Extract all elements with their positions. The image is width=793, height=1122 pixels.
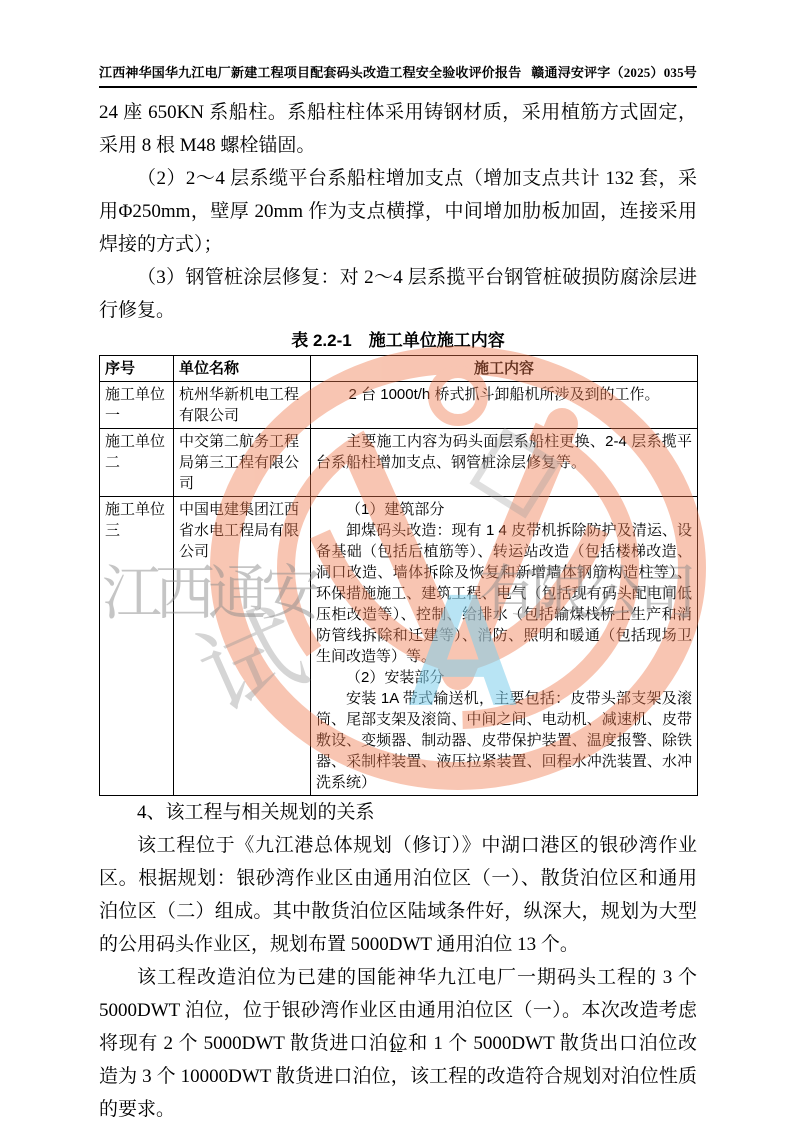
table-row: 施工单位二 中交第二航务工程局第三工程有限公司 主要施工内容为码头面层系船柱更换…	[100, 429, 698, 497]
section-heading-planning: 4、该工程与相关规划的关系	[99, 796, 697, 829]
content-3-install-heading: （2）安装部分	[316, 667, 692, 688]
table-caption: 表 2.2-1 施工单位施工内容	[99, 328, 697, 354]
cell-name-2: 中交第二航务工程局第三工程有限公司	[174, 429, 311, 497]
table-row: 施工单位三 中国电建集团江西省水电工程局有限公司 （1）建筑部分 卸煤码头改造：…	[100, 497, 698, 796]
paragraph-anchor-bolts: 24 座 650KN 系船柱。系船柱柱体采用铸钢材质，采用植筋方式固定，采用 8…	[99, 96, 697, 162]
document-page: 江西神华国华九江电厂新建工程项目配套码头改造工程安全验收评价报告 赣通浔安评字（…	[0, 0, 793, 1122]
construction-units-table: 序号 单位名称 施工内容 施工单位一 杭州华新机电工程有限公司 2 台 1000…	[99, 355, 698, 796]
col-header-seq: 序号	[100, 356, 174, 382]
cell-seq-3: 施工单位三	[100, 497, 174, 796]
page-header: 江西神华国华九江电厂新建工程项目配套码头改造工程安全验收评价报告 赣通浔安评字（…	[99, 62, 697, 88]
cell-content-3: （1）建筑部分 卸煤码头改造：现有 1 4 皮带机拆除防护及清运、设备基础（包括…	[311, 497, 698, 796]
header-report-title: 江西神华国华九江电厂新建工程项目配套码头改造工程安全验收评价报告	[99, 62, 521, 81]
cell-seq-2: 施工单位二	[100, 429, 174, 497]
content-2-text: 主要施工内容为码头面层系船柱更换、2-4 层系揽平台系船柱增加支点、钢管桩涂层修…	[316, 431, 692, 473]
header-document-number: 赣通浔安评字（2025）035号	[531, 62, 697, 81]
content-3-building-heading: （1）建筑部分	[316, 499, 692, 520]
cell-content-1: 2 台 1000t/h 桥式抓斗卸船机所涉及到的工作。	[311, 382, 698, 429]
table-row: 施工单位一 杭州华新机电工程有限公司 2 台 1000t/h 桥式抓斗卸船机所涉…	[100, 382, 698, 429]
content-3-install-detail: 安装 1A 带式输送机，主要包括：皮带头部支架及滚筒、尾部支架及滚筒、中间之间、…	[316, 688, 692, 793]
cell-name-3: 中国电建集团江西省水电工程局有限公司	[174, 497, 311, 796]
content-3-building-detail: 卸煤码头改造：现有 1 4 皮带机拆除防护及清运、设备基础（包括后植筋等）、转运…	[316, 520, 692, 667]
page-number: 22	[0, 1040, 793, 1056]
cell-name-1: 杭州华新机电工程有限公司	[174, 382, 311, 429]
col-header-content: 施工内容	[311, 356, 698, 382]
paragraph-coating-repair: （3）钢管桩涂层修复：对 2～4 层系揽平台钢管桩破损防腐涂层进行修复。	[99, 261, 697, 327]
table-header-row: 序号 单位名称 施工内容	[100, 356, 698, 382]
paragraph-support-points: （2）2～4 层系缆平台系船柱增加支点（增加支点共计 132 套，采用Φ250m…	[99, 162, 697, 261]
page-body: 24 座 650KN 系船柱。系船柱柱体采用铸钢材质，采用植筋方式固定，采用 8…	[99, 96, 697, 1122]
cell-seq-1: 施工单位一	[100, 382, 174, 429]
cell-content-2: 主要施工内容为码头面层系船柱更换、2-4 层系揽平台系船柱增加支点、钢管桩涂层修…	[311, 429, 698, 497]
col-header-unit-name: 单位名称	[174, 356, 311, 382]
paragraph-planning-location: 该工程位于《九江港总体规划（修订）》中湖口港区的银砂湾作业区。根据规划：银砂湾作…	[99, 829, 697, 961]
